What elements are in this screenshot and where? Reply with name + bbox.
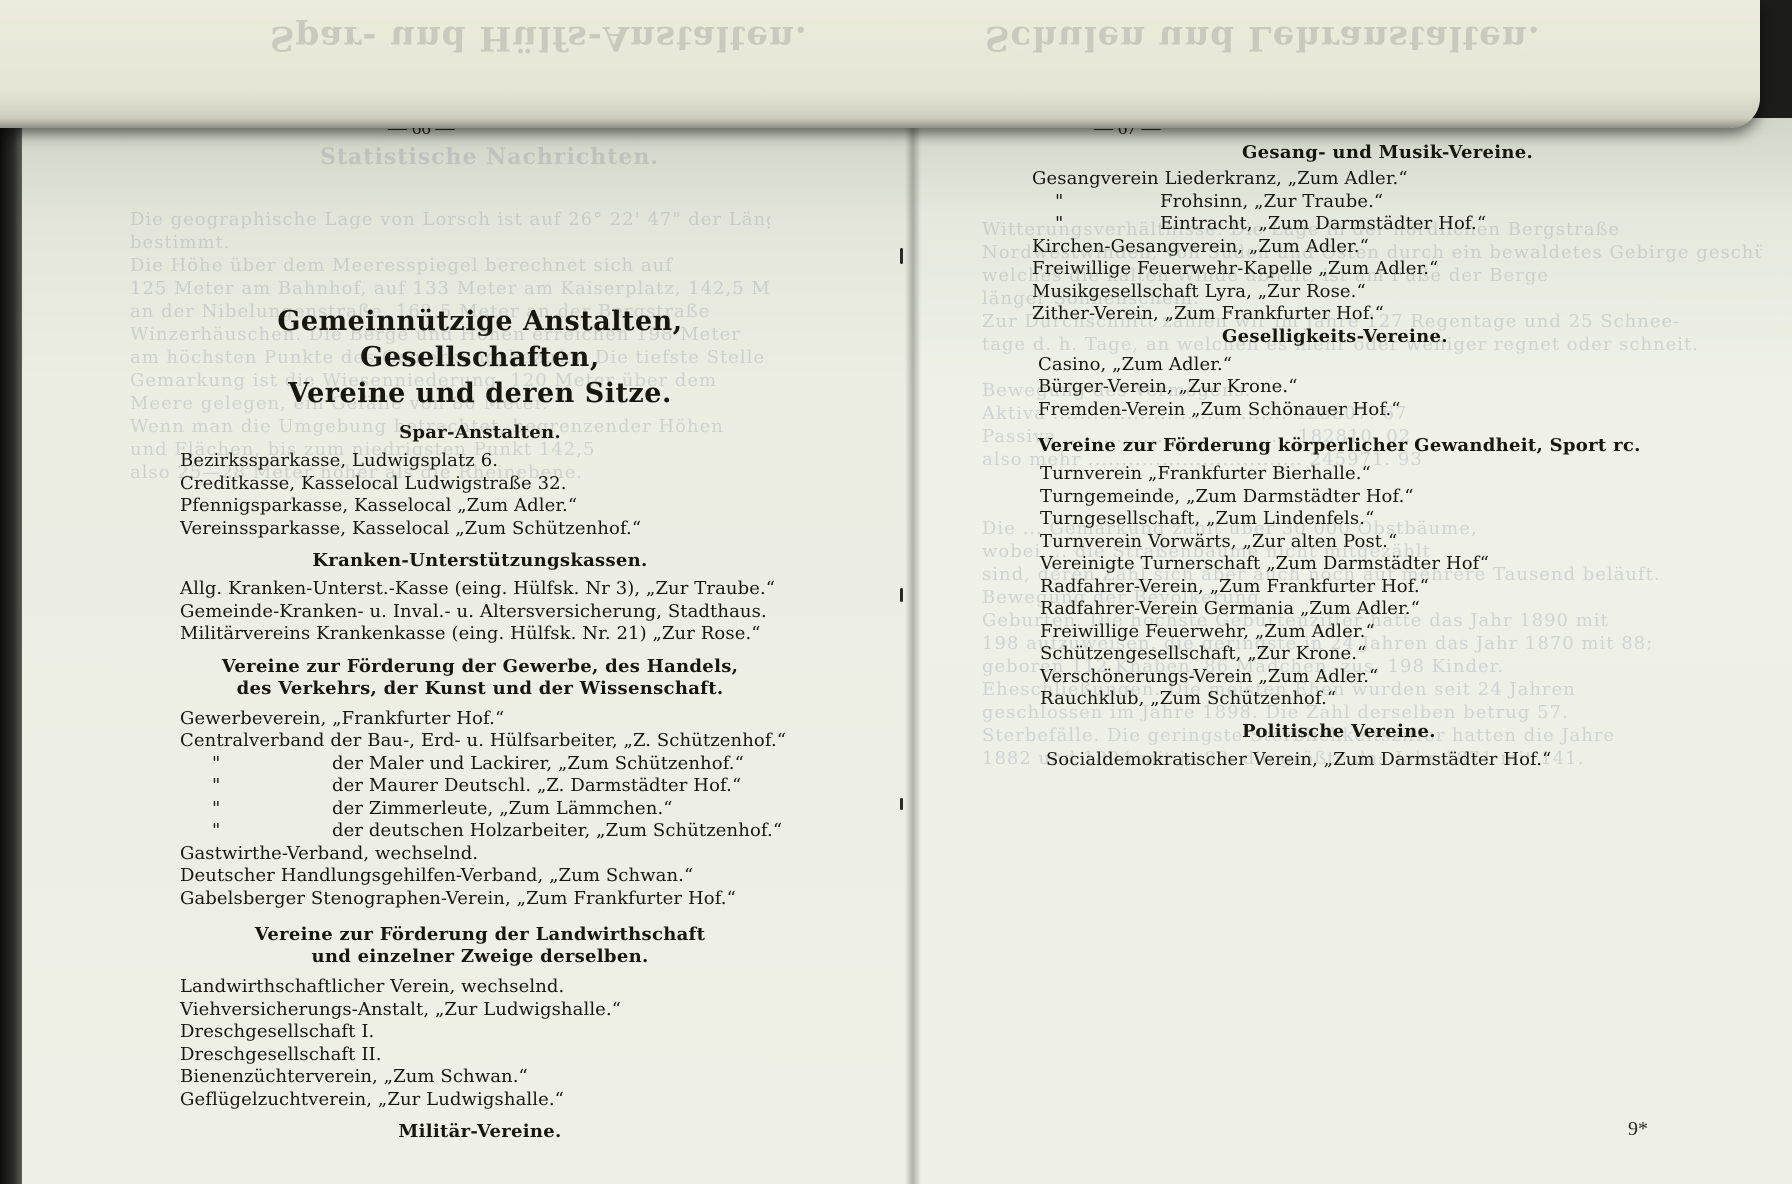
list-item: Verschönerungs-Verein „Zum Adler.“ [1040, 666, 1672, 689]
right-page-content: Gesang- und Musik-Vereine. Gesangverein … [912, 142, 1672, 771]
flap-bleed-text-left: Spar- und Hülfs-Anstalten. [270, 18, 808, 58]
list-item: Kirchen-Gesangverein, „Zum Adler.“ [1032, 236, 1672, 259]
section-heading-militaer-vereine: Militär-Vereine. [180, 1121, 780, 1143]
list-item: Musikgesellschaft Lyra, „Zur Rose.“ [1032, 281, 1672, 304]
list-item: Landwirthschaftlicher Verein, wechselnd. [180, 976, 780, 999]
list-item: Turnverein „Frankfurter Bierhalle.“ [1040, 463, 1672, 486]
list-item: Gewerbeverein, „Frankfurter Hof.“ [180, 708, 780, 731]
left-page-content: Gemeinnützige Anstalten, Gesellschaften,… [180, 304, 780, 1143]
list-item: Socialdemokratischer Verein, „Zum Darmst… [1046, 749, 1672, 772]
section-heading-geselligkeit: Geselligkeits-Vereine. [912, 326, 1672, 348]
list-item-ditto: "Frohsinn, „Zur Traube.“ [1032, 191, 1672, 214]
list-item: Bürger-Verein, „Zur Krone.“ [1038, 376, 1672, 399]
list-item: Viehversicherungs-Anstalt, „Zur Ludwigsh… [180, 999, 780, 1022]
list-item: Gabelsberger Stenographen-Verein, „Zum F… [180, 888, 780, 911]
list-item: Dreschgesellschaft II. [180, 1044, 780, 1067]
folded-page-top-flap: Spar- und Hülfs-Anstalten. Schulen und L… [0, 0, 1760, 128]
left-page: Statistische Nachrichten. Die geographis… [0, 118, 912, 1184]
list-item: Schützengesellschaft, „Zur Krone.“ [1040, 643, 1672, 666]
list-item: Radfahrer-Verein Germania „Zum Adler.“ [1040, 598, 1672, 621]
list-item-ditto: "Eintracht, „Zum Darmstädter Hof.“ [1032, 213, 1672, 236]
margin-mark [900, 798, 903, 810]
list-item: Gesangverein Liederkranz, „Zum Adler.“ [1032, 168, 1672, 191]
main-title-line-1: Gemeinnützige Anstalten, Gesellschaften, [180, 304, 780, 376]
list-item: Allg. Kranken-Unterst.-Kasse (eing. Hülf… [180, 578, 780, 601]
list-item: Freiwillige Feuerwehr, „Zum Adler.“ [1040, 621, 1672, 644]
section-heading-spar-anstalten: Spar-Anstalten. [180, 422, 780, 444]
list-item: Bienenzüchterverein, „Zum Schwan.“ [180, 1066, 780, 1089]
list-item-ditto: "der Zimmerleute, „Zum Lämmchen.“ [180, 798, 780, 821]
bleed-through-heading: Statistische Nachrichten. [320, 146, 659, 169]
list-item: Gemeinde-Kranken- u. Inval.- u. Altersve… [180, 601, 780, 624]
list-item: Turngemeinde, „Zum Darmstädter Hof.“ [1040, 486, 1672, 509]
flap-bleed-text-right: Schulen und Lehranstalten. [985, 18, 1540, 58]
list-item: Zither-Verein, „Zum Frankfurter Hof.“ [1032, 303, 1672, 326]
list-item: Militärvereins Krankenkasse (eing. Hülfs… [180, 623, 780, 646]
list-item: Rauchklub, „Zum Schützenhof.“ [1040, 688, 1672, 711]
list-item: Deutscher Handlungsgehilfen-Verband, „Zu… [180, 865, 780, 888]
section-heading-gesang-musik: Gesang- und Musik-Vereine. [912, 142, 1672, 164]
list-item: Fremden-Verein „Zum Schönauer Hof.“ [1038, 399, 1672, 422]
list-item-ditto: "der Maurer Deutschl. „Z. Darmstädter Ho… [180, 775, 780, 798]
section-heading-landwirthschaft-line-2: und einzelner Zweige derselben. [180, 946, 780, 968]
main-title-line-2: Vereine und deren Sitze. [180, 376, 780, 412]
list-item: Creditkasse, Kasselocal Ludwigstraße 32. [180, 473, 780, 496]
list-item: Centralverband der Bau-, Erd- u. Hülfsar… [180, 730, 780, 753]
list-item: Gastwirthe-Verband, wechselnd. [180, 843, 780, 866]
book-edge-shadow [0, 128, 22, 1184]
section-heading-gewerbe-line-1: Vereine zur Förderung der Gewerbe, des H… [180, 656, 780, 678]
list-item: Vereinssparkasse, Kasselocal „Zum Schütz… [180, 518, 780, 541]
margin-mark [900, 248, 903, 264]
section-heading-kranken-kassen: Kranken-Unterstützungskassen. [180, 550, 780, 572]
section-heading-landwirthschaft-line-1: Vereine zur Förderung der Landwirthschaf… [180, 924, 780, 946]
right-page: Witterungsverhältnisse. Die Lage in der … [912, 118, 1792, 1184]
list-item: Geflügelzuchtverein, „Zur Ludwigshalle.“ [180, 1089, 780, 1112]
list-item-ditto: "der Maler und Lackirer, „Zum Schützenho… [180, 753, 780, 776]
section-heading-sport: Vereine zur Förderung körperlicher Gewan… [912, 435, 1672, 457]
list-item-ditto: "der deutschen Holzarbeiter, „Zum Schütz… [180, 820, 780, 843]
list-item: Bezirkssparkasse, Ludwigsplatz 6. [180, 450, 780, 473]
printer-signature-mark: 9* [1628, 1118, 1648, 1141]
list-item: Vereinigte Turnerschaft „Zum Darmstädter… [1040, 553, 1672, 576]
margin-mark [900, 588, 903, 602]
list-item: Dreschgesellschaft I. [180, 1021, 780, 1044]
section-heading-gewerbe-line-2: des Verkehrs, der Kunst und der Wissensc… [180, 678, 780, 700]
list-item: Freiwillige Feuerwehr-Kapelle „Zum Adler… [1032, 258, 1672, 281]
list-item: Turngesellschaft, „Zum Lindenfels.“ [1040, 508, 1672, 531]
list-item: Casino, „Zum Adler.“ [1038, 354, 1672, 377]
list-item: Pfennigsparkasse, Kasselocal „Zum Adler.… [180, 495, 780, 518]
list-item: Radfahrer-Verein, „Zum Frankfurter Hof.“ [1040, 576, 1672, 599]
section-heading-politische: Politische Vereine. [912, 721, 1672, 743]
list-item: Turnverein Vorwärts, „Zur alten Post.“ [1040, 531, 1672, 554]
